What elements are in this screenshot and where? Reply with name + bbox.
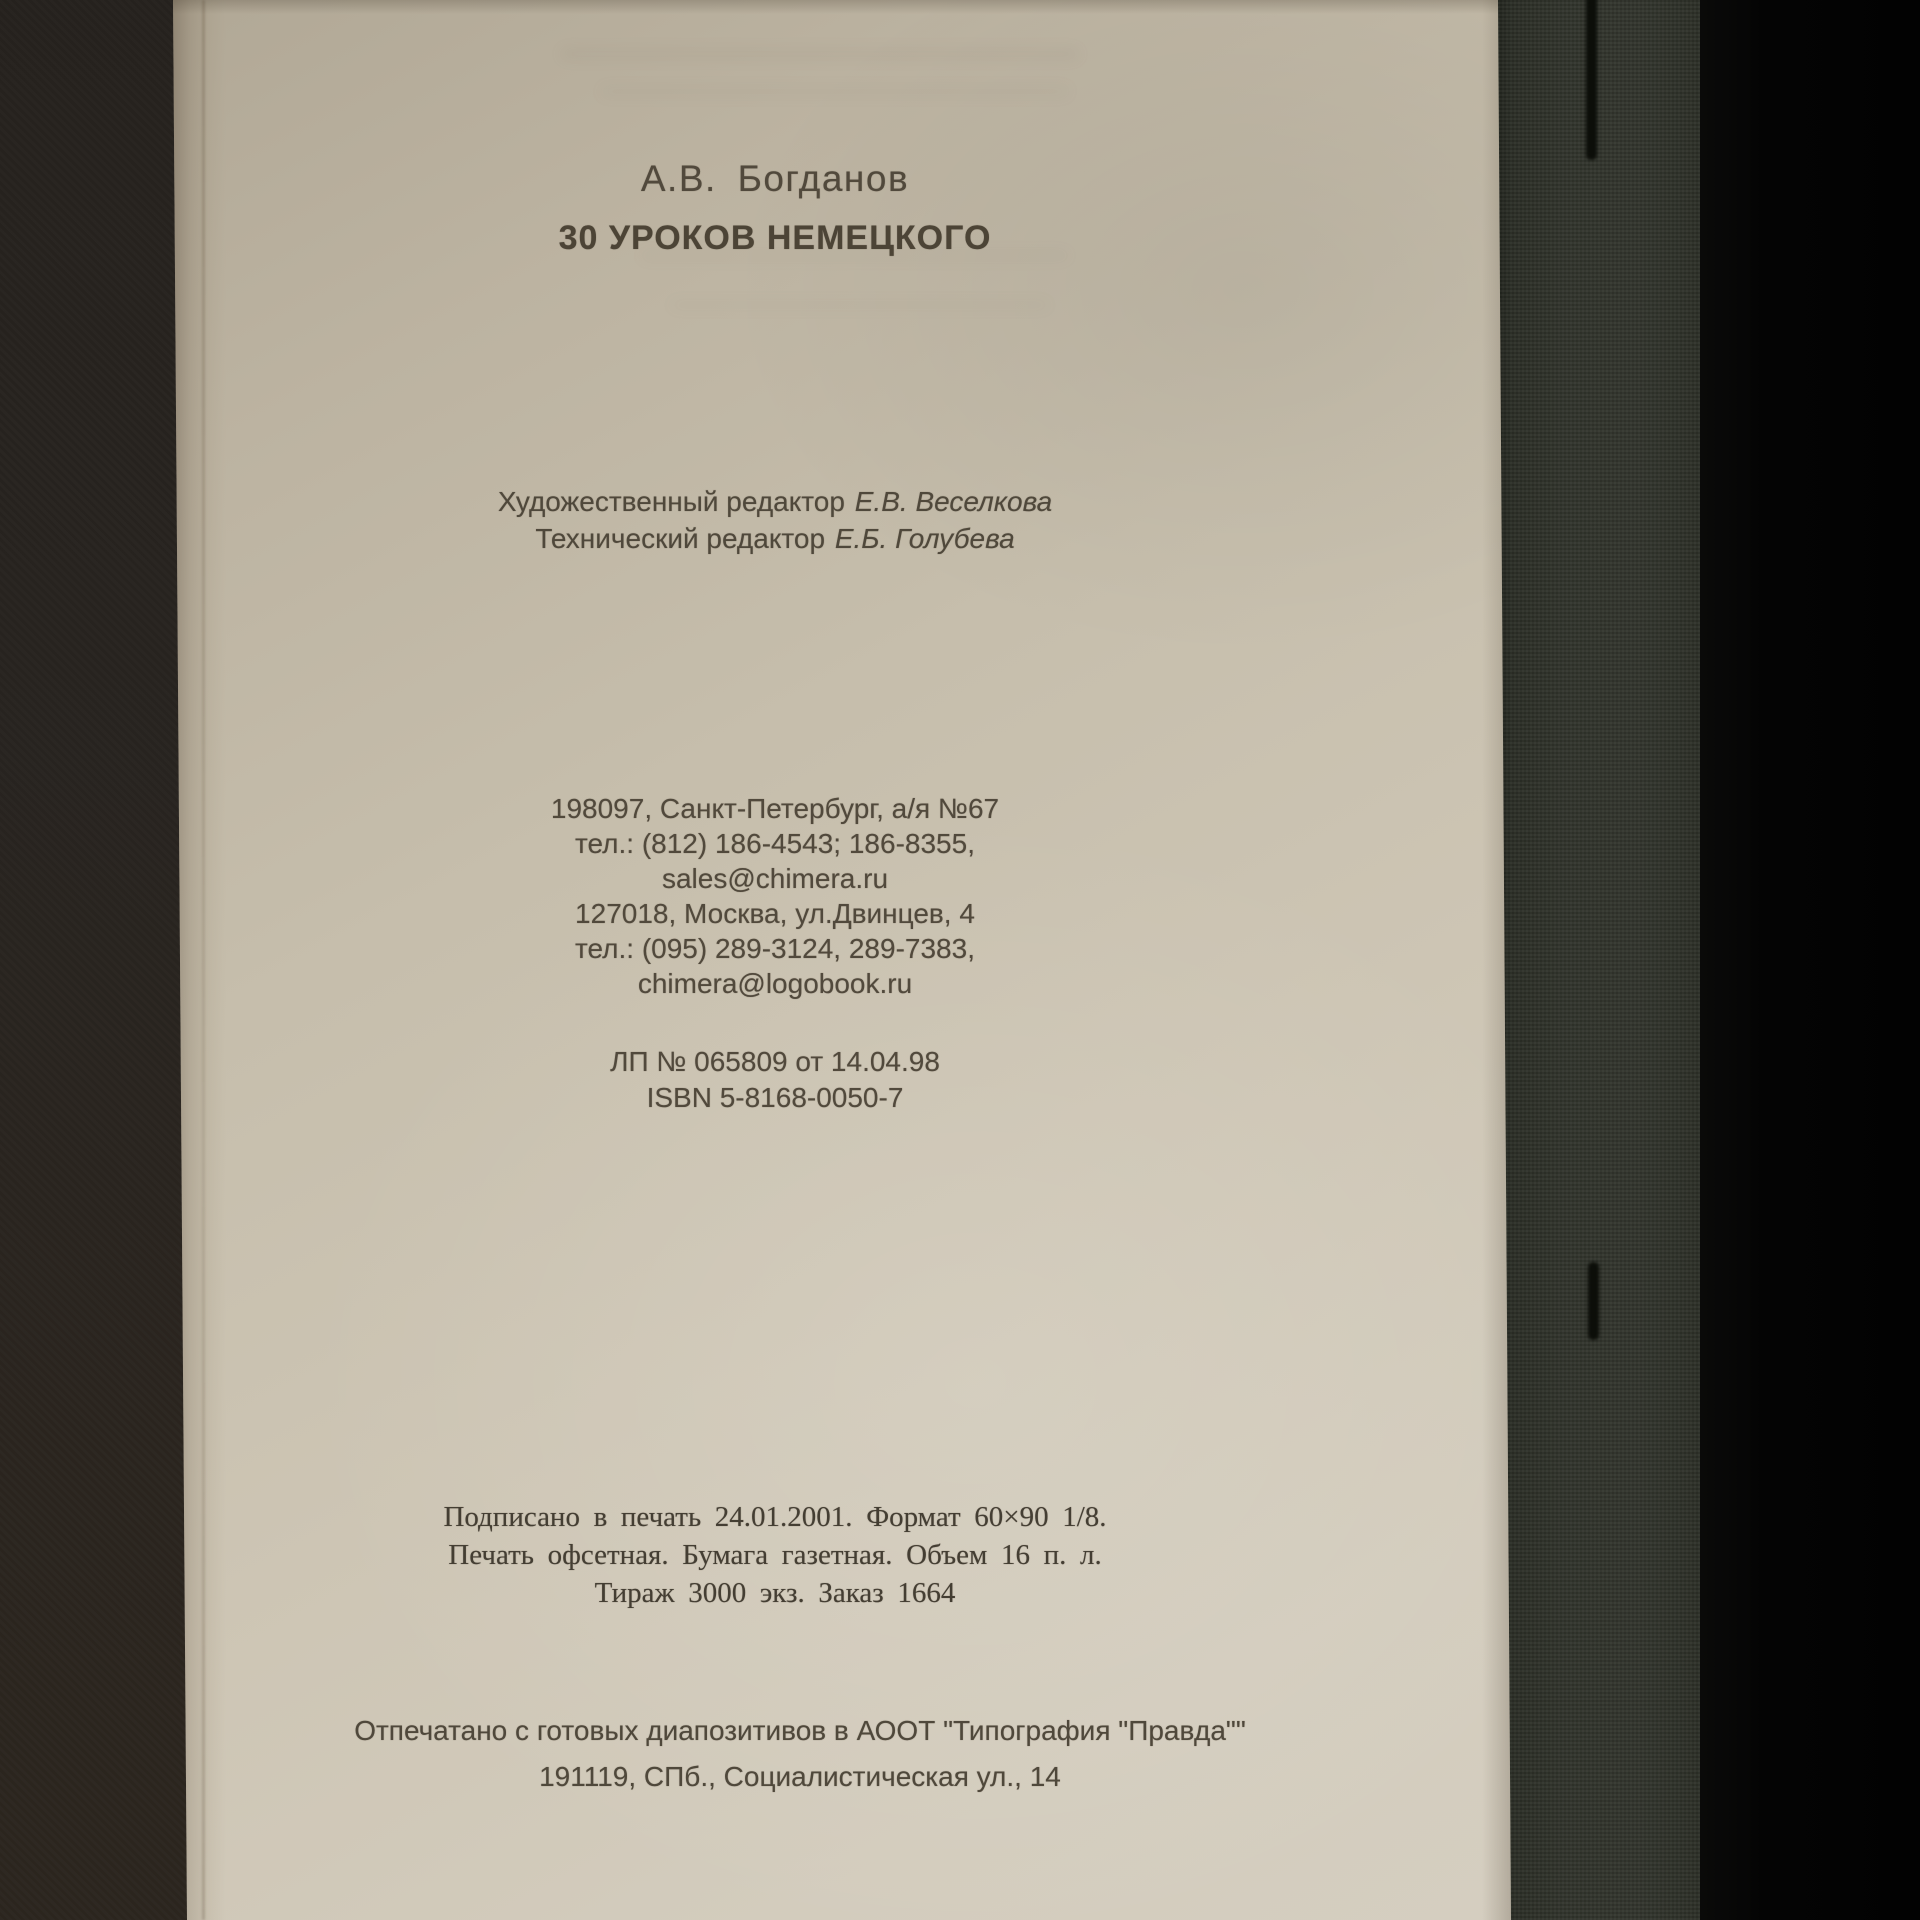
tech-editor-name: Е.Б. Голубева (835, 523, 1015, 554)
book-title: 30 УРОКОВ НЕМЕЦКОГО (420, 219, 1130, 258)
publisher-contact-block: 198097, Санкт-Петербург, а/я №67 тел.: (… (420, 791, 1130, 1001)
spb-phone-line: тел.: (812) 186-4543; 186-8355, (420, 826, 1130, 861)
print-date-format-line: Подписано в печать 24.01.2001. Формат 60… (350, 1498, 1200, 1536)
spb-email-line: sales@chimera.ru (420, 861, 1130, 896)
cover-slit-top (1586, 0, 1597, 160)
editors-block: Художественный редакторЕ.В. Веселкова Те… (350, 483, 1200, 557)
printing-house-address-line: 191119, СПб., Социалистическая ул., 14 (350, 1754, 1250, 1800)
spb-address-line: 198097, Санкт-Петербург, а/я №67 (420, 791, 1130, 826)
tech-editor-line: Технический редакторЕ.Б. Голубева (350, 520, 1200, 557)
print-run-order-line: Тираж 3000 экз. Заказ 1664 (350, 1574, 1200, 1612)
art-editor-line: Художественный редакторЕ.В. Веселкова (350, 483, 1200, 520)
moscow-email-line: chimera@logobook.ru (420, 966, 1130, 1001)
page-crease-line (202, 0, 205, 1920)
background-right (1700, 0, 1920, 1920)
book-colophon-photo: А.В. Богданов 30 УРОКОВ НЕМЕЦКОГО Художе… (0, 0, 1920, 1920)
isbn-line: ISBN 5-8168-0050-7 (420, 1080, 1130, 1116)
imprint-block: Подписано в печать 24.01.2001. Формат 60… (350, 1498, 1200, 1612)
show-through-ghosting (560, 48, 1080, 60)
moscow-address-line: 127018, Москва, ул.Двинцев, 4 (420, 896, 1130, 931)
moscow-phone-line: тел.: (095) 289-3124, 289-7383, (420, 931, 1130, 966)
art-editor-role: Художественный редактор (498, 486, 845, 517)
print-paper-volume-line: Печать офсетная. Бумага газетная. Объем … (350, 1536, 1200, 1574)
tech-editor-role: Технический редактор (535, 523, 825, 554)
license-block: ЛП № 065809 от 14.04.98 ISBN 5-8168-0050… (420, 1044, 1130, 1116)
show-through-ghosting (600, 86, 1070, 97)
printing-house-line: Отпечатано с готовых диапозитивов в АООТ… (350, 1708, 1250, 1754)
page-top-shading (170, 0, 1512, 14)
author-line: А.В. Богданов (420, 158, 1130, 200)
license-number-line: ЛП № 065809 от 14.04.98 (420, 1044, 1130, 1080)
book-cover-cloth-edge (1490, 0, 1705, 1920)
printer-block: Отпечатано с готовых диапозитивов в АООТ… (350, 1708, 1250, 1800)
show-through-ghosting (670, 300, 1050, 310)
art-editor-name: Е.В. Веселкова (855, 486, 1052, 517)
cover-slit-bottom (1588, 1262, 1599, 1340)
